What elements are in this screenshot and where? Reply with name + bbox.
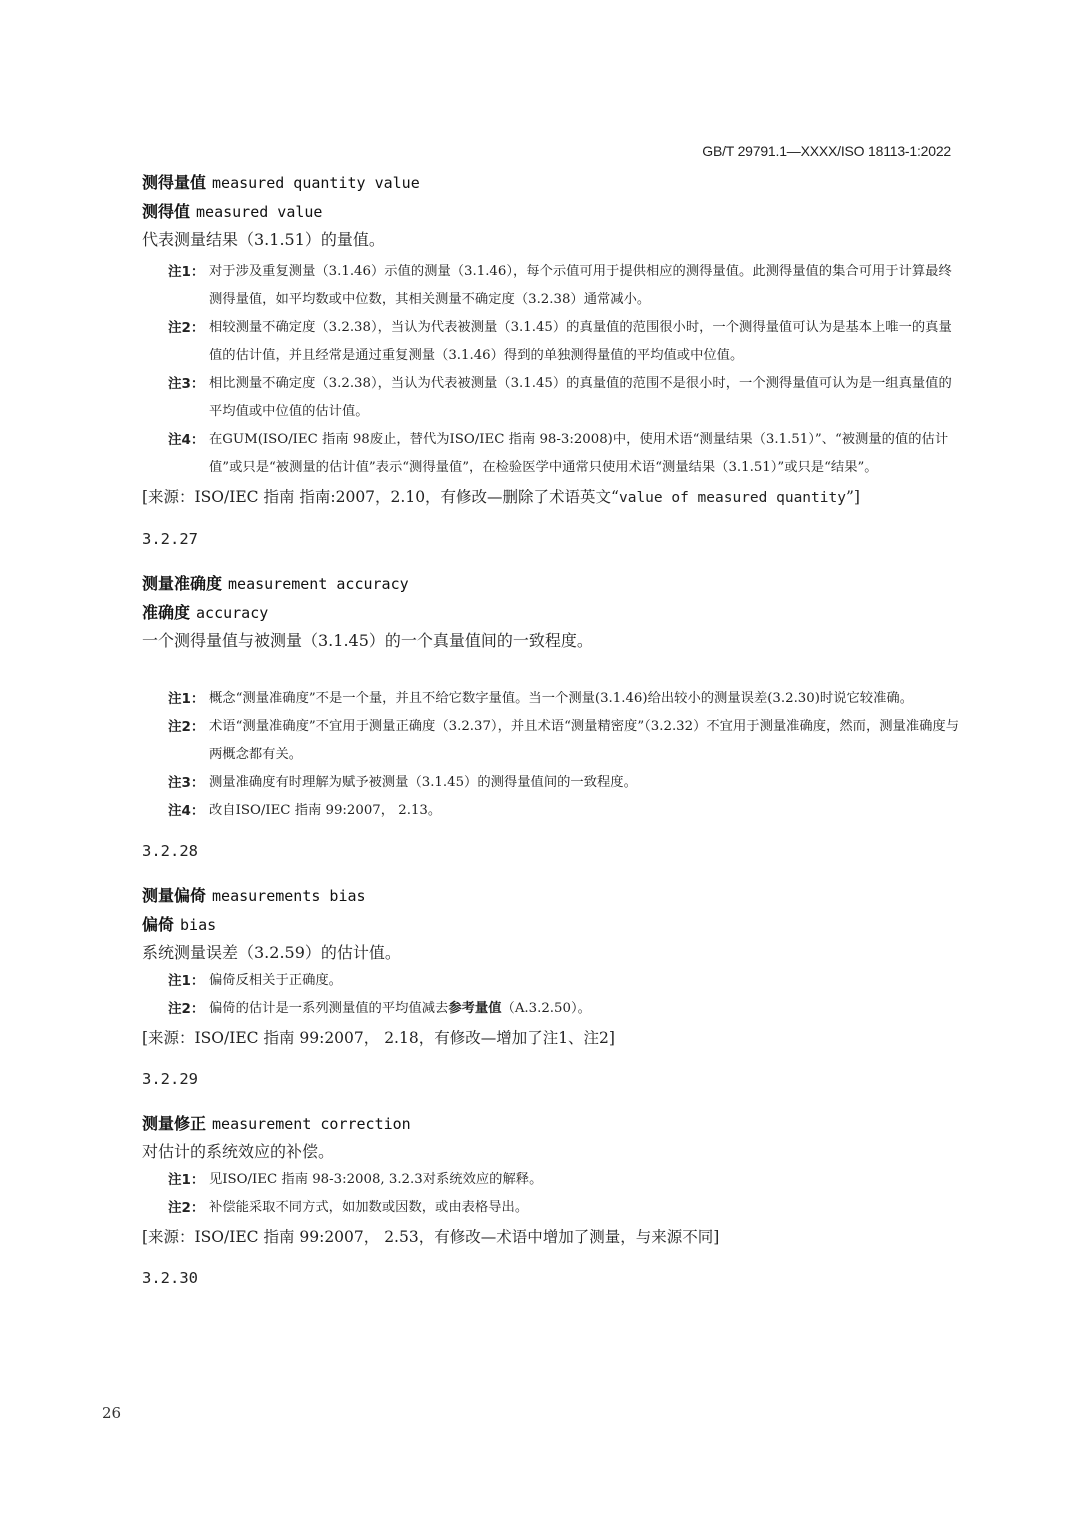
preferred-term: 测量偏倚measurements bias [142,881,962,910]
definition: 系统测量误差（3.2.59）的估计值。 [142,939,962,967]
note: 注4：改自ISO/IEC 指南 99:2007， 2.13。 [142,797,962,825]
definition: 代表测量结果（3.1.51）的量值。 [142,226,962,254]
admitted-term: 偏倚bias [142,910,962,939]
note-text: 见ISO/IEC 指南 98-3:2008, 3.2.3对系统效应的解释。 [209,1172,542,1187]
note-text: 改自ISO/IEC 指南 99:2007， 2.13。 [209,803,441,818]
note-text: 相较测量不确定度（3.2.38），当认为代表被测量（3.1.45）的真量值的范围… [209,320,952,363]
note: 注3：测量准确度有时理解为赋予被测量（3.1.45）的测得量值间的一致程度。 [142,769,962,797]
note-text: 在GUM(ISO/IEC 指南 98废止，替代为ISO/IEC 指南 98-3:… [209,432,948,475]
note-label: 注1： [168,258,204,286]
source-citation: [来源：ISO/IEC 指南 99:2007， 2.18，有修改—增加了注1、注… [142,1023,962,1053]
note: 注1：对于涉及重复测量（3.1.46）示值的测量（3.1.46），每个示值可用于… [142,258,962,314]
note: 注3：相比测量不确定度（3.2.38），当认为代表被测量（3.1.45）的真量值… [142,370,962,426]
section-number: 3.2.27 [142,527,962,551]
note: 注2：术语“测量准确度”不宜用于测量正确度（3.2.37），并且术语“测量精密度… [142,713,962,769]
note: 注2：补偿能采取不同方式，如加数或因数，或由表格导出。 [142,1194,962,1222]
section-number: 3.2.29 [142,1067,962,1091]
note-text-bold: 参考量值 [448,1001,501,1016]
source-citation: [来源：ISO/IEC 指南 99:2007， 2.53，有修改—术语中增加了测… [142,1222,962,1252]
source-english: value of measured quantity [619,490,846,506]
entry-3-2-30: 3.2.30 [142,1266,962,1290]
note: 注2：偏倚的估计是一系列测量值的平均值减去参考量值（A.3.2.50）。 [142,995,962,1023]
term-en: measured value [196,203,322,221]
entry-3-2-26: 测得量值measured quantity value 测得值measured … [142,168,962,513]
note-text: 偏倚反相关于正确度。 [209,973,342,988]
note-label: 注2： [168,995,204,1023]
term-en: measurements bias [212,887,366,905]
preferred-term: 测量准确度measurement accuracy [142,569,962,598]
note-label: 注2： [168,713,204,741]
term-en: measurement accuracy [228,575,409,593]
note-text: 概念“测量准确度”不是一个量，并且不给它数字量值。当一个测量(3.1.46)给出… [209,691,913,706]
note-text: 对于涉及重复测量（3.1.46）示值的测量（3.1.46），每个示值可用于提供相… [209,264,952,307]
note: 注2：相较测量不确定度（3.2.38），当认为代表被测量（3.1.45）的真量值… [142,314,962,370]
note-label: 注1： [168,1166,204,1194]
note-text: 测量准确度有时理解为赋予被测量（3.1.45）的测得量值间的一致程度。 [209,775,637,790]
term-en: bias [180,916,216,934]
term-en: measurement correction [212,1115,411,1133]
entry-3-2-27: 3.2.27 测量准确度measurement accuracy 准确度accu… [142,527,962,825]
note: 注1：偏倚反相关于正确度。 [142,967,962,995]
note-label: 注4： [168,797,204,825]
note-label: 注2： [168,314,204,342]
note: 注1：概念“测量准确度”不是一个量，并且不给它数字量值。当一个测量(3.1.46… [142,685,962,713]
term-zh: 测量修正 [142,1114,206,1133]
source-citation: [来源：ISO/IEC 指南 指南:2007，2.10，有修改—删除了术语英文“… [142,482,962,513]
source-prefix: [来源：ISO/IEC 指南 指南:2007，2.10，有修改—删除了术语英文“ [142,488,619,506]
term-zh: 测得量值 [142,173,206,192]
term-zh: 准确度 [142,603,190,622]
note-label: 注1： [168,685,204,713]
note-label: 注1： [168,967,204,995]
note: 注1：见ISO/IEC 指南 98-3:2008, 3.2.3对系统效应的解释。 [142,1166,962,1194]
source-suffix: ”] [846,488,860,506]
term-zh: 测量准确度 [142,574,222,593]
note-label: 注3： [168,370,204,398]
term-zh: 测量偏倚 [142,886,206,905]
note-label: 注2： [168,1194,204,1222]
section-number: 3.2.30 [142,1266,962,1290]
preferred-term: 测得量值measured quantity value [142,168,962,197]
standard-code-header: GB/T 29791.1—XXXX/ISO 18113-1:2022 [702,143,951,159]
note-label: 注3： [168,769,204,797]
note-text-after: （A.3.2.50）。 [502,1001,591,1016]
preferred-term: 测量修正measurement correction [142,1109,962,1138]
definition: 对估计的系统效应的补偿。 [142,1138,962,1166]
entry-3-2-28: 3.2.28 测量偏倚measurements bias 偏倚bias 系统测量… [142,839,962,1053]
note-text-before: 偏倚的估计是一系列测量值的平均值减去 [209,1001,448,1016]
term-en: measured quantity value [212,174,420,192]
note-text: 术语“测量准确度”不宜用于测量正确度（3.2.37），并且术语“测量精密度”（3… [209,719,959,762]
admitted-term: 测得值measured value [142,197,962,226]
term-zh: 偏倚 [142,915,174,934]
admitted-term: 准确度accuracy [142,598,962,627]
note: 注4：在GUM(ISO/IEC 指南 98废止，替代为ISO/IEC 指南 98… [142,426,962,482]
document-body: 测得量值measured quantity value 测得值measured … [142,168,962,1290]
term-en: accuracy [196,604,268,622]
note-label: 注4： [168,426,204,454]
page-number: 26 [102,1404,121,1422]
definition: 一个测得量值与被测量（3.1.45）的一个真量值间的一致程度。 [142,627,962,655]
note-text: 补偿能采取不同方式，如加数或因数，或由表格导出。 [209,1200,528,1215]
note-text: 相比测量不确定度（3.2.38），当认为代表被测量（3.1.45）的真量值的范围… [209,376,952,419]
entry-3-2-29: 3.2.29 测量修正measurement correction 对估计的系统… [142,1067,962,1252]
section-number: 3.2.28 [142,839,962,863]
term-zh: 测得值 [142,202,190,221]
